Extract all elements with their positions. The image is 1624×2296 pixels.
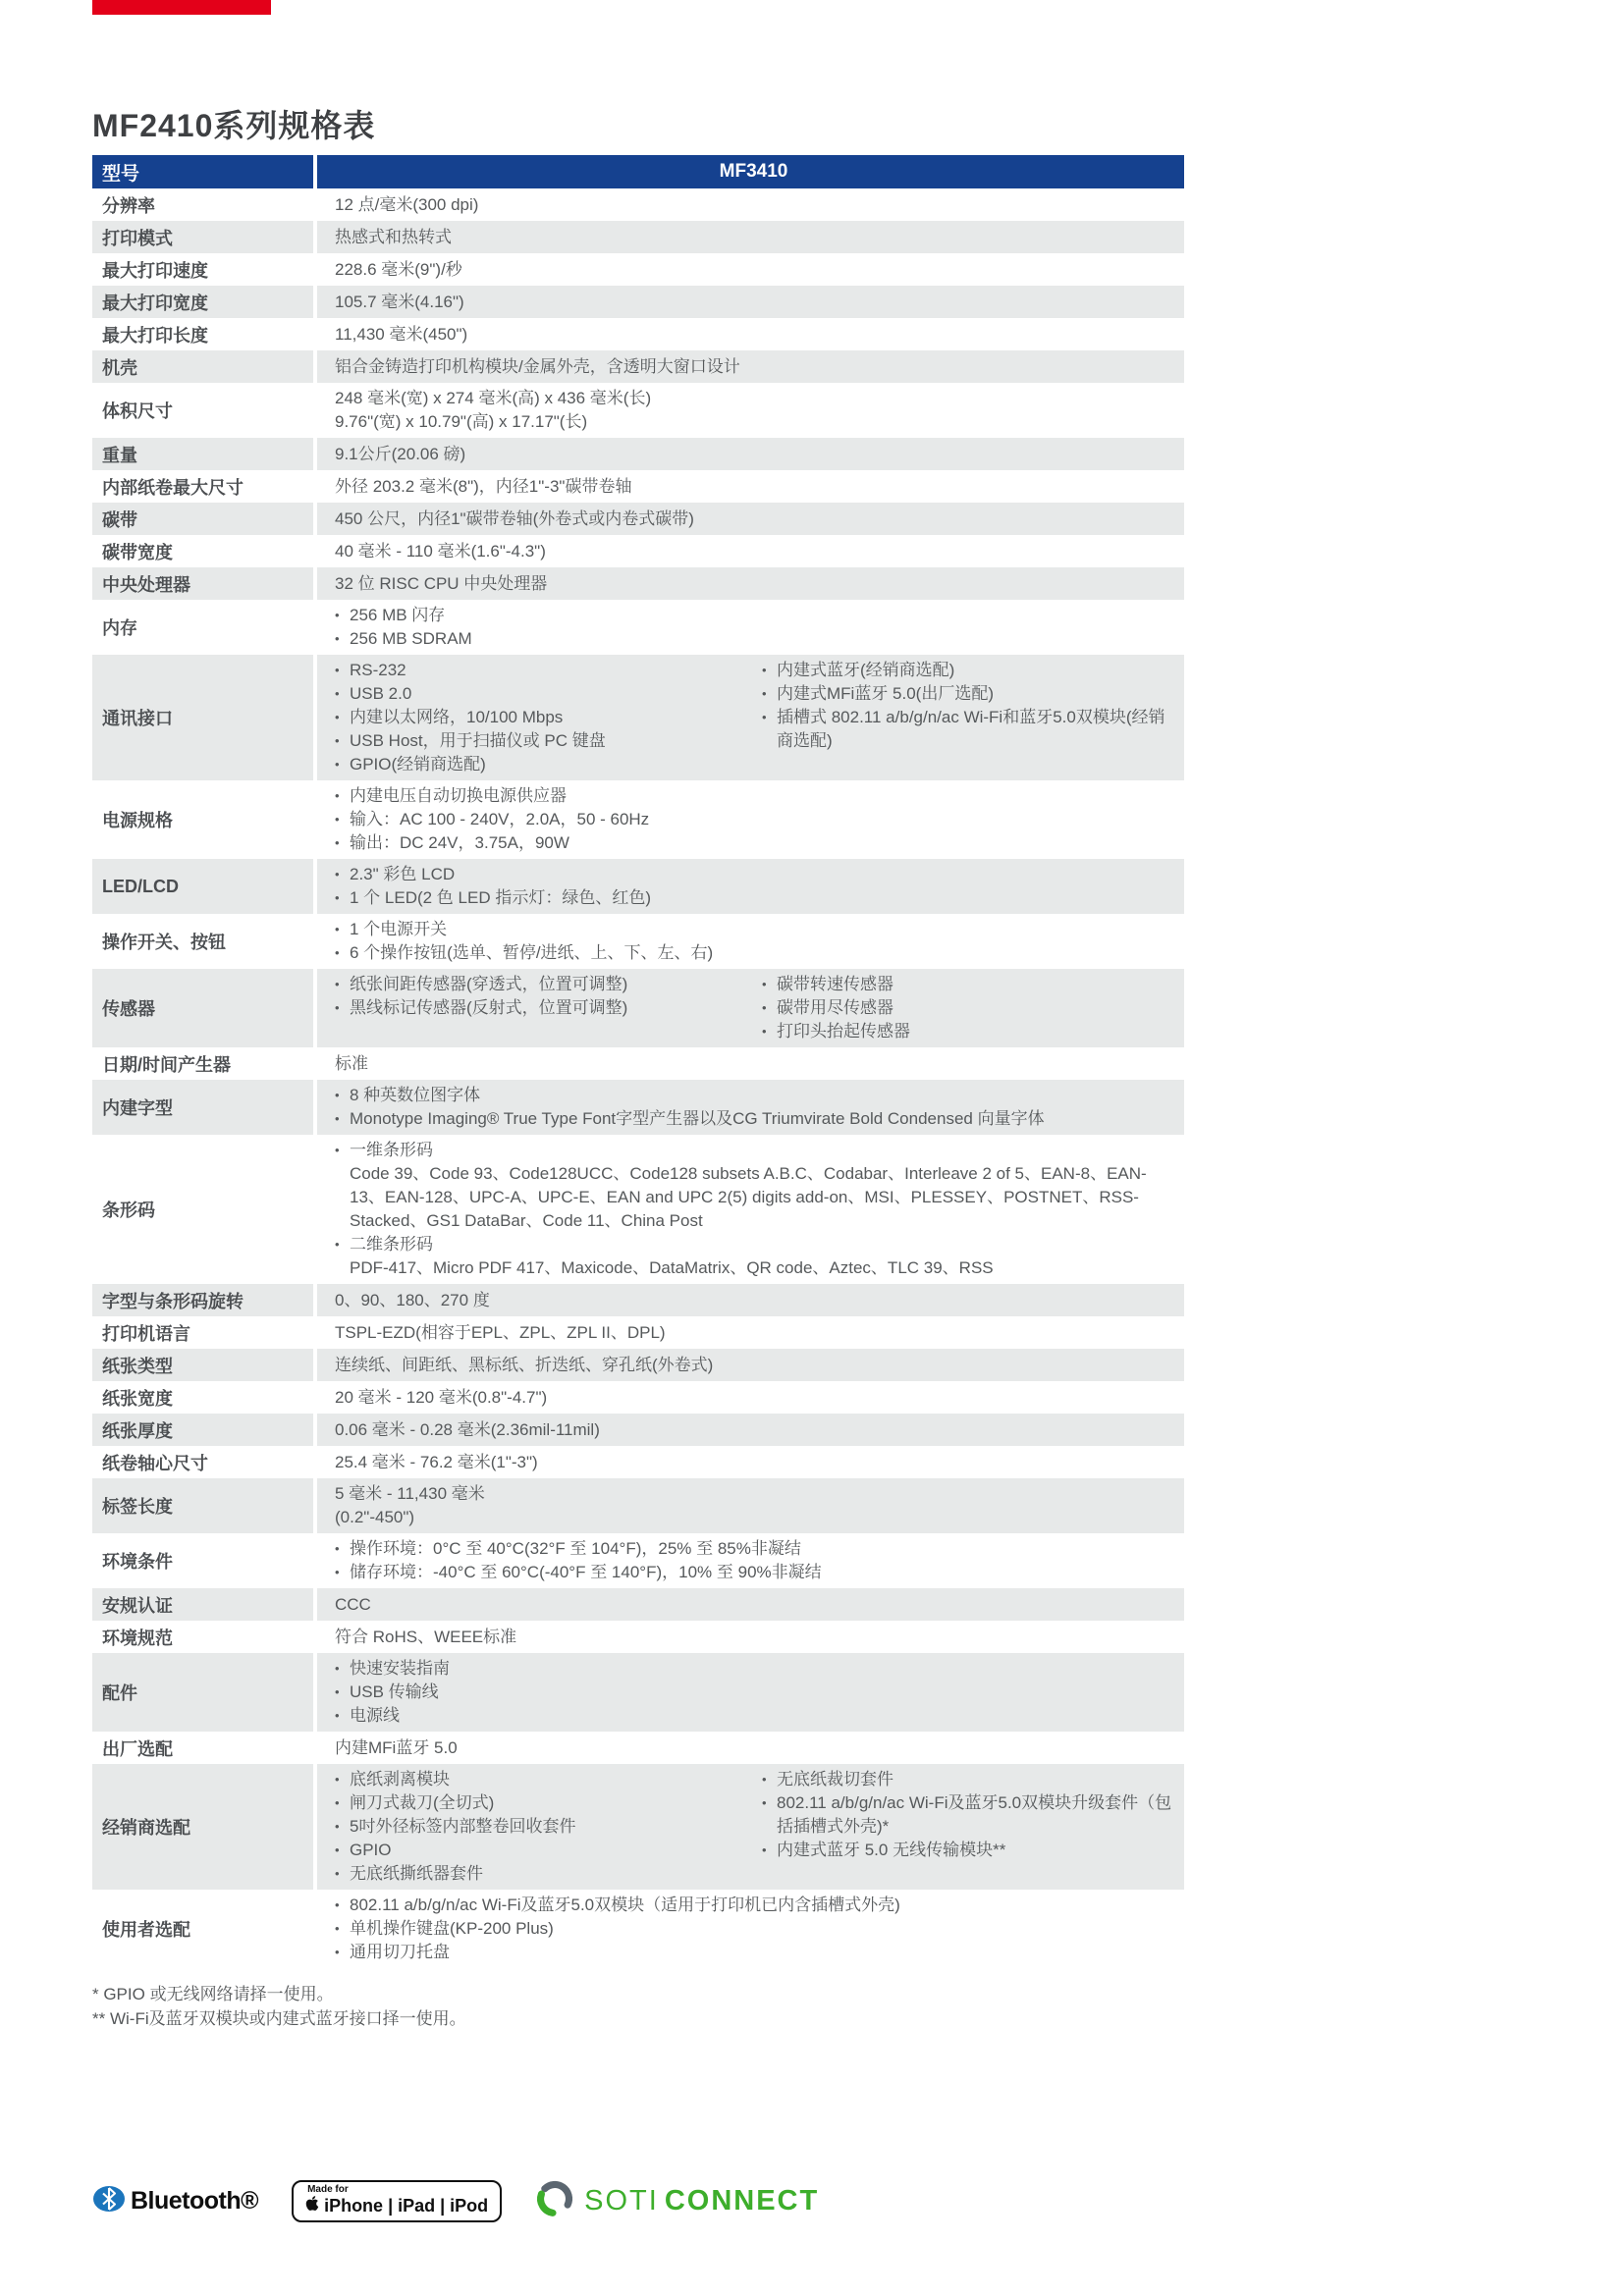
- bullet-item: •1 个 LED(2 色 LED 指示灯：绿色、红色): [335, 886, 1172, 910]
- bullet-item: •USB 传输线: [335, 1681, 1172, 1704]
- bullet-item: •内建电压自动切换电源供应器: [335, 784, 1172, 808]
- spec-label: 通讯接口: [92, 655, 313, 780]
- spec-row-safety: 安规认证CCC: [92, 1588, 1184, 1621]
- soti-wordmark: SOTI: [584, 2185, 659, 2216]
- spec-table-header: 型号 MF3410: [92, 155, 1184, 188]
- spec-value: 热感式和热转式: [317, 221, 1184, 253]
- connect-wordmark: CONNECT: [665, 2185, 819, 2216]
- value-line: 20 毫米 - 120 毫米(0.8"-4.7"): [335, 1386, 1172, 1410]
- spec-row-switches-buttons: 操作开关、按钮•1 个电源开关•6 个操作按钮(选单、暂停/进纸、上、下、左、右…: [92, 914, 1184, 969]
- value-line: 25.4 毫米 - 76.2 毫米(1"-3"): [335, 1451, 1172, 1474]
- spec-label: 打印机语言: [92, 1316, 313, 1349]
- spec-value: 内建MFi蓝牙 5.0: [317, 1732, 1184, 1764]
- spec-value: 450 公尺，内径1"碳带卷轴(外卷式或内卷式碳带): [317, 503, 1184, 535]
- spec-row-max-print-speed: 最大打印速度228.6 毫米(9")/秒: [92, 253, 1184, 286]
- value-line: CCC: [335, 1593, 1172, 1617]
- bullet-dot: •: [335, 1894, 350, 1917]
- spec-value: •内建电压自动切换电源供应器•输入：AC 100 - 240V，2.0A，50 …: [317, 780, 1184, 859]
- spec-value: •一维条形码Code 39、Code 93、Code128UCC、Code128…: [317, 1135, 1184, 1284]
- bullet-item: •输入：AC 100 - 240V，2.0A，50 - 60Hz: [335, 808, 1172, 831]
- made-for-apple-badge: Made for iPhone | iPad | iPod: [292, 2180, 502, 2222]
- bullet-item: •内建式MFi蓝牙 5.0(出厂选配): [762, 682, 1172, 706]
- spec-value: •RS-232•USB 2.0•内建以太网络，10/100 Mbps•USB H…: [317, 655, 1184, 780]
- value-line: 内建MFi蓝牙 5.0: [335, 1736, 1172, 1760]
- bullet-dot: •: [335, 973, 350, 996]
- bullet-dot: •: [335, 1139, 350, 1162]
- bullet-dot: •: [762, 1020, 777, 1043]
- spec-label: 使用者选配: [92, 1890, 313, 1968]
- bullet-dot: •: [335, 1917, 350, 1941]
- spec-label: 纸卷轴心尺寸: [92, 1446, 313, 1478]
- bullet-item: •802.11 a/b/g/n/ac Wi-Fi及蓝牙5.0双模块升级套件（包括…: [762, 1791, 1172, 1839]
- spec-value: 铝合金铸造打印机构模块/金属外壳，含透明大窗口设计: [317, 350, 1184, 383]
- spec-value: 5 毫米 - 11,430 毫米(0.2"-450"): [317, 1478, 1184, 1533]
- spec-value: 105.7 毫米(4.16"): [317, 286, 1184, 318]
- bullet-dot: •: [335, 1537, 350, 1561]
- spec-row-media-thickness: 纸张厚度0.06 毫米 - 0.28 毫米(2.36mil-11mil): [92, 1414, 1184, 1446]
- spec-row-print-mode: 打印模式热感式和热转式: [92, 221, 1184, 253]
- value-line: 248 毫米(宽) x 274 毫米(高) x 436 毫米(长): [335, 387, 1172, 410]
- spec-label: 纸张类型: [92, 1349, 313, 1381]
- bullet-item: •无底纸裁切套件: [762, 1768, 1172, 1791]
- spec-value: 20 毫米 - 120 毫米(0.8"-4.7"): [317, 1381, 1184, 1414]
- value-line: 32 位 RISC CPU 中央处理器: [335, 572, 1172, 596]
- value-line: 标准: [335, 1052, 1172, 1076]
- spec-row-interfaces: 通讯接口•RS-232•USB 2.0•内建以太网络，10/100 Mbps•U…: [92, 655, 1184, 780]
- bullet-dot: •: [335, 1681, 350, 1704]
- bullet-item: •GPIO(经销商选配): [335, 753, 748, 776]
- spec-row-rotation: 字型与条形码旋转0、90、180、270 度: [92, 1284, 1184, 1316]
- made-for-label: Made for: [307, 2184, 488, 2195]
- bullet-item: •碳带转速传感器: [762, 973, 1172, 996]
- spec-row-resolution: 分辨率12 点/毫米(300 dpi): [92, 188, 1184, 221]
- spec-label: 最大打印速度: [92, 253, 313, 286]
- bullet-dot: •: [762, 996, 777, 1020]
- footnote-2: ** Wi-Fi及蓝牙双模块或内建式蓝牙接口择一使用。: [92, 2006, 1184, 2031]
- spec-label: 日期/时间产生器: [92, 1047, 313, 1080]
- bullet-item: •内建式蓝牙(经销商选配): [762, 659, 1172, 682]
- bullet-dot: •: [335, 1704, 350, 1728]
- bullet-item: •GPIO: [335, 1839, 748, 1862]
- bluetooth-wordmark: Bluetooth®: [131, 2187, 258, 2216]
- spec-row-accessories: 配件•快速安装指南•USB 传输线•电源线: [92, 1653, 1184, 1732]
- bullet-dot: •: [335, 1941, 350, 1964]
- spec-label: 传感器: [92, 969, 313, 1047]
- certification-logos: Bluetooth® Made for iPhone | iPad | iPod…: [92, 2179, 819, 2223]
- spec-label: 字型与条形码旋转: [92, 1284, 313, 1316]
- value-line: 铝合金铸造打印机构模块/金属外壳，含透明大窗口设计: [335, 355, 1172, 379]
- spec-value: TSPL-EZD(相容于EPL、ZPL、ZPL II、DPL): [317, 1316, 1184, 1349]
- value-line: (0.2"-450"): [335, 1506, 1172, 1529]
- bullet-item: •打印头抬起传感器: [762, 1020, 1172, 1043]
- spec-label: 最大打印宽度: [92, 286, 313, 318]
- spec-value: 9.1公斤(20.06 磅): [317, 438, 1184, 470]
- bluetooth-logo: Bluetooth®: [92, 2185, 258, 2217]
- spec-value: •2.3" 彩色 LCD•1 个 LED(2 色 LED 指示灯：绿色、红色): [317, 859, 1184, 914]
- bullet-dot: •: [335, 627, 350, 651]
- spec-row-sensors: 传感器•纸张间距传感器(穿透式，位置可调整)•黑线标记传感器(反射式，位置可调整…: [92, 969, 1184, 1047]
- apple-icon: [305, 2195, 319, 2216]
- bullet-dot: •: [762, 1768, 777, 1791]
- value-line: 12 点/毫米(300 dpi): [335, 193, 1172, 217]
- spec-label: 碳带宽度: [92, 535, 313, 567]
- spec-row-ribbon-width: 碳带宽度40 毫米 - 110 毫米(1.6"-4.3"): [92, 535, 1184, 567]
- bullet-dot: •: [762, 659, 777, 682]
- bullet-dot: •: [762, 1791, 777, 1839]
- header-model-label: 型号: [92, 155, 313, 188]
- spec-label: 出厂选配: [92, 1732, 313, 1764]
- spec-value: CCC: [317, 1588, 1184, 1621]
- bullet-item: •闸刀式裁刀(全切式): [335, 1791, 748, 1815]
- spec-value: •256 MB 闪存•256 MB SDRAM: [317, 600, 1184, 655]
- spec-row-core-size: 纸卷轴心尺寸25.4 毫米 - 76.2 毫米(1"-3"): [92, 1446, 1184, 1478]
- bullet-item: •无底纸撕纸器套件: [335, 1862, 748, 1886]
- bullet-item: •RS-232: [335, 659, 748, 682]
- spec-label: 环境规范: [92, 1621, 313, 1653]
- spec-row-environment: 环境条件•操作环境：0°C 至 40°C(32°F 至 104°F)，25% 至…: [92, 1533, 1184, 1588]
- bullet-dot: •: [335, 1791, 350, 1815]
- spec-table-body: 分辨率12 点/毫米(300 dpi)打印模式热感式和热转式最大打印速度228.…: [92, 188, 1184, 1968]
- bullet-item: •单机操作键盘(KP-200 Plus): [335, 1917, 1172, 1941]
- bullet-item: •储存环境：-40°C 至 60°C(-40°F 至 140°F)，10% 至 …: [335, 1561, 1172, 1584]
- bullet-item: •256 MB 闪存: [335, 604, 1172, 627]
- bullet-item: •插槽式 802.11 a/b/g/n/ac Wi-Fi和蓝牙5.0双模块(经销…: [762, 706, 1172, 753]
- bullet-dot: •: [335, 1815, 350, 1839]
- spec-row-led-lcd: LED/LCD•2.3" 彩色 LCD•1 个 LED(2 色 LED 指示灯：…: [92, 859, 1184, 914]
- bullet-dot: •: [335, 706, 350, 729]
- spec-row-memory: 内存•256 MB 闪存•256 MB SDRAM: [92, 600, 1184, 655]
- bullet-dot: •: [335, 1107, 350, 1131]
- bullet-item: •2.3" 彩色 LCD: [335, 863, 1172, 886]
- spec-label: 安规认证: [92, 1588, 313, 1621]
- bullet-dot: •: [335, 1768, 350, 1791]
- spec-label: 条形码: [92, 1135, 313, 1284]
- spec-value: 11,430 毫米(450"): [317, 318, 1184, 350]
- value-line: 0.06 毫米 - 0.28 毫米(2.36mil-11mil): [335, 1418, 1172, 1442]
- spec-row-media-width: 纸张宽度20 毫米 - 120 毫米(0.8"-4.7"): [92, 1381, 1184, 1414]
- value-line: 连续纸、间距纸、黑标纸、折迭纸、穿孔纸(外卷式): [335, 1354, 1172, 1377]
- spec-row-media-type: 纸张类型连续纸、间距纸、黑标纸、折迭纸、穿孔纸(外卷式): [92, 1349, 1184, 1381]
- spec-row-power: 电源规格•内建电压自动切换电源供应器•输入：AC 100 - 240V，2.0A…: [92, 780, 1184, 859]
- spec-value: 248 毫米(宽) x 274 毫米(高) x 436 毫米(长)9.76"(宽…: [317, 383, 1184, 438]
- bullet-item: •8 种英数位图字体: [335, 1084, 1172, 1107]
- spec-value: •8 种英数位图字体•Monotype Imaging® True Type F…: [317, 1080, 1184, 1135]
- bullet-dot: •: [762, 973, 777, 996]
- spec-row-env-compliance: 环境规范符合 RoHS、WEEE标准: [92, 1621, 1184, 1653]
- spec-label: LED/LCD: [92, 859, 313, 914]
- spec-label: 电源规格: [92, 780, 313, 859]
- spec-value: •802.11 a/b/g/n/ac Wi-Fi及蓝牙5.0双模块（适用于打印机…: [317, 1890, 1184, 1968]
- spec-row-label-length: 标签长度5 毫米 - 11,430 毫米(0.2"-450"): [92, 1478, 1184, 1533]
- bullet-item: •二维条形码: [335, 1233, 1172, 1256]
- bullet-dot: •: [335, 1862, 350, 1886]
- value-line: 450 公尺，内径1"碳带卷轴(外卷式或内卷式碳带): [335, 507, 1172, 531]
- spec-row-max-internal-roll: 内部纸卷最大尺寸外径 203.2 毫米(8")，内径1"-3"碳带卷轴: [92, 470, 1184, 503]
- bullet-dot: •: [335, 1839, 350, 1862]
- bullet-item: •1 个电源开关: [335, 918, 1172, 941]
- bullet-dot: •: [335, 753, 350, 776]
- spec-value: 外径 203.2 毫米(8")，内径1"-3"碳带卷轴: [317, 470, 1184, 503]
- bullet-dot: •: [335, 604, 350, 627]
- bullet-dot: •: [762, 682, 777, 706]
- spec-row-dealer-options: 经销商选配•底纸剥离模块•闸刀式裁刀(全切式)•5吋外径标签内部整卷回收套件•G…: [92, 1764, 1184, 1890]
- bullet-dot: •: [335, 1561, 350, 1584]
- value-line: 40 毫米 - 110 毫米(1.6"-4.3"): [335, 540, 1172, 563]
- value-line: 外径 203.2 毫米(8")，内径1"-3"碳带卷轴: [335, 475, 1172, 499]
- accent-red-bar: [92, 0, 271, 15]
- value-line: 9.1公斤(20.06 磅): [335, 443, 1172, 466]
- bullet-item: •6 个操作按钮(选单、暂停/进纸、上、下、左、右): [335, 941, 1172, 965]
- spec-label: 配件: [92, 1653, 313, 1732]
- spec-value: •底纸剥离模块•闸刀式裁刀(全切式)•5吋外径标签内部整卷回收套件•GPIO•无…: [317, 1764, 1184, 1890]
- spec-row-printer-language: 打印机语言TSPL-EZD(相容于EPL、ZPL、ZPL II、DPL): [92, 1316, 1184, 1349]
- bullet-dot: •: [762, 706, 777, 753]
- bullet-item: •黑线标记传感器(反射式，位置可调整): [335, 996, 748, 1020]
- spec-value: 标准: [317, 1047, 1184, 1080]
- bullet-dot: •: [335, 941, 350, 965]
- bullet-item: •256 MB SDRAM: [335, 627, 1172, 651]
- bullet-subtext: PDF-417、Micro PDF 417、Maxicode、DataMatri…: [350, 1256, 1172, 1280]
- spec-label: 内存: [92, 600, 313, 655]
- bullet-dot: •: [335, 1084, 350, 1107]
- soti-icon: [535, 2179, 574, 2223]
- spec-label: 标签长度: [92, 1478, 313, 1533]
- spec-row-max-print-width: 最大打印宽度105.7 毫米(4.16"): [92, 286, 1184, 318]
- spec-value: •纸张间距传感器(穿透式，位置可调整)•黑线标记传感器(反射式，位置可调整)•碳…: [317, 969, 1184, 1047]
- value-line: 符合 RoHS、WEEE标准: [335, 1626, 1172, 1649]
- header-model-value: MF3410: [317, 155, 1184, 188]
- bullet-dot: •: [335, 831, 350, 855]
- bullet-item: •纸张间距传感器(穿透式，位置可调整): [335, 973, 748, 996]
- bullet-item: •USB 2.0: [335, 682, 748, 706]
- spec-label: 经销商选配: [92, 1764, 313, 1890]
- bullet-item: •Monotype Imaging® True Type Font字型产生器以及…: [335, 1107, 1172, 1131]
- spec-label: 纸张厚度: [92, 1414, 313, 1446]
- bullet-dot: •: [335, 886, 350, 910]
- bullet-item: •802.11 a/b/g/n/ac Wi-Fi及蓝牙5.0双模块（适用于打印机…: [335, 1894, 1172, 1917]
- bullet-item: •底纸剥离模块: [335, 1768, 748, 1791]
- spec-label: 环境条件: [92, 1533, 313, 1588]
- value-line: 热感式和热转式: [335, 226, 1172, 249]
- footnote-1: * GPIO 或无线网络请择一使用。: [92, 1982, 1184, 2006]
- value-line: TSPL-EZD(相容于EPL、ZPL、ZPL II、DPL): [335, 1321, 1172, 1345]
- spec-value: 25.4 毫米 - 76.2 毫米(1"-3"): [317, 1446, 1184, 1478]
- bullet-item: •通用切刀托盘: [335, 1941, 1172, 1964]
- spec-value: •操作环境：0°C 至 40°C(32°F 至 104°F)，25% 至 85%…: [317, 1533, 1184, 1588]
- spec-value: 0.06 毫米 - 0.28 毫米(2.36mil-11mil): [317, 1414, 1184, 1446]
- spec-value: 228.6 毫米(9")/秒: [317, 253, 1184, 286]
- spec-row-enclosure: 机壳铝合金铸造打印机构模块/金属外壳，含透明大窗口设计: [92, 350, 1184, 383]
- bullet-dot: •: [335, 918, 350, 941]
- spec-value: 32 位 RISC CPU 中央处理器: [317, 567, 1184, 600]
- bullet-dot: •: [335, 1233, 350, 1256]
- footnotes: * GPIO 或无线网络请择一使用。 ** Wi-Fi及蓝牙双模块或内建式蓝牙接…: [92, 1982, 1184, 2031]
- spec-label: 操作开关、按钮: [92, 914, 313, 969]
- spec-label: 纸张宽度: [92, 1381, 313, 1414]
- spec-row-weight: 重量9.1公斤(20.06 磅): [92, 438, 1184, 470]
- bullet-item: •快速安装指南: [335, 1657, 1172, 1681]
- bullet-dot: •: [335, 863, 350, 886]
- bullet-dot: •: [335, 808, 350, 831]
- spec-label: 中央处理器: [92, 567, 313, 600]
- spec-label: 内建字型: [92, 1080, 313, 1135]
- spec-label: 体积尺寸: [92, 383, 313, 438]
- spec-row-rtc: 日期/时间产生器标准: [92, 1047, 1184, 1080]
- bullet-item: •内建以太网络，10/100 Mbps: [335, 706, 748, 729]
- bullet-subtext: Code 39、Code 93、Code128UCC、Code128 subse…: [350, 1162, 1172, 1233]
- value-line: 11,430 毫米(450"): [335, 323, 1172, 347]
- spec-value: 12 点/毫米(300 dpi): [317, 188, 1184, 221]
- spec-label: 碳带: [92, 503, 313, 535]
- spec-label: 内部纸卷最大尺寸: [92, 470, 313, 503]
- spec-row-max-print-length: 最大打印长度11,430 毫米(450"): [92, 318, 1184, 350]
- bullet-item: •USB Host，用于扫描仪或 PC 键盘: [335, 729, 748, 753]
- value-line: 0、90、180、270 度: [335, 1289, 1172, 1312]
- spec-label: 打印模式: [92, 221, 313, 253]
- bullet-dot: •: [762, 1839, 777, 1862]
- value-line: 228.6 毫米(9")/秒: [335, 258, 1172, 282]
- bullet-dot: •: [335, 1657, 350, 1681]
- spec-value: 0、90、180、270 度: [317, 1284, 1184, 1316]
- bullet-item: •操作环境：0°C 至 40°C(32°F 至 104°F)，25% 至 85%…: [335, 1537, 1172, 1561]
- bullet-dot: •: [335, 784, 350, 808]
- bullet-dot: •: [335, 682, 350, 706]
- value-line: 9.76"(宽) x 10.79"(高) x 17.17"(长): [335, 410, 1172, 434]
- spec-value: •快速安装指南•USB 传输线•电源线: [317, 1653, 1184, 1732]
- spec-row-ribbon: 碳带450 公尺，内径1"碳带卷轴(外卷式或内卷式碳带): [92, 503, 1184, 535]
- bullet-item: •内建式蓝牙 5.0 无线传输模块**: [762, 1839, 1172, 1862]
- bullet-dot: •: [335, 729, 350, 753]
- spec-label: 机壳: [92, 350, 313, 383]
- spec-row-dimensions: 体积尺寸248 毫米(宽) x 274 毫米(高) x 436 毫米(长)9.7…: [92, 383, 1184, 438]
- bullet-item: •碳带用尽传感器: [762, 996, 1172, 1020]
- bullet-item: •5吋外径标签内部整卷回收套件: [335, 1815, 748, 1839]
- bullet-item: •输出：DC 24V，3.75A，90W: [335, 831, 1172, 855]
- page-title: MF2410系列规格表: [92, 101, 375, 146]
- spec-row-user-options: 使用者选配•802.11 a/b/g/n/ac Wi-Fi及蓝牙5.0双模块（适…: [92, 1890, 1184, 1968]
- spec-row-factory-options: 出厂选配内建MFi蓝牙 5.0: [92, 1732, 1184, 1764]
- spec-value: 连续纸、间距纸、黑标纸、折迭纸、穿孔纸(外卷式): [317, 1349, 1184, 1381]
- spec-value: •1 个电源开关•6 个操作按钮(选单、暂停/进纸、上、下、左、右): [317, 914, 1184, 969]
- soti-connect-logo: SOTICONNECT: [535, 2179, 819, 2223]
- value-line: 5 毫米 - 11,430 毫米: [335, 1482, 1172, 1506]
- bullet-item: •一维条形码: [335, 1139, 1172, 1162]
- bullet-dot: •: [335, 996, 350, 1020]
- bullet-dot: •: [335, 659, 350, 682]
- spec-label: 最大打印长度: [92, 318, 313, 350]
- spec-sheet: 型号 MF3410 分辨率12 点/毫米(300 dpi)打印模式热感式和热转式…: [92, 155, 1184, 2031]
- value-line: 105.7 毫米(4.16"): [335, 291, 1172, 314]
- bullet-item: •电源线: [335, 1704, 1172, 1728]
- made-for-devices: iPhone | iPad | iPod: [324, 2196, 488, 2216]
- spec-row-internal-fonts: 内建字型•8 种英数位图字体•Monotype Imaging® True Ty…: [92, 1080, 1184, 1135]
- spec-row-cpu: 中央处理器32 位 RISC CPU 中央处理器: [92, 567, 1184, 600]
- spec-label: 重量: [92, 438, 313, 470]
- spec-row-barcodes: 条形码•一维条形码Code 39、Code 93、Code128UCC、Code…: [92, 1135, 1184, 1284]
- bluetooth-icon: [92, 2185, 126, 2217]
- spec-value: 40 毫米 - 110 毫米(1.6"-4.3"): [317, 535, 1184, 567]
- spec-value: 符合 RoHS、WEEE标准: [317, 1621, 1184, 1653]
- spec-label: 分辨率: [92, 188, 313, 221]
